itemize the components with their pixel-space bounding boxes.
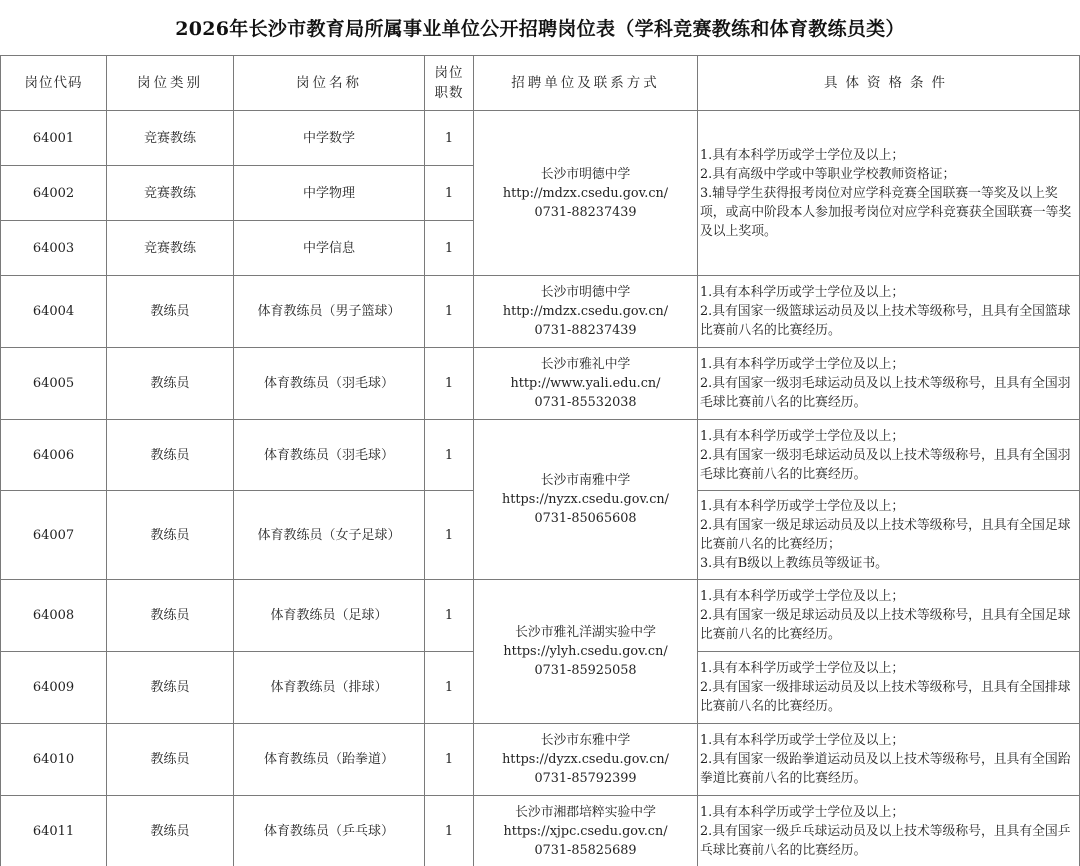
unit-url[interactable]: https://xjpc.csedu.gov.cn/: [474, 822, 697, 841]
header-count: 岗位 职数: [425, 56, 474, 111]
post-code: 64001: [1, 111, 107, 166]
post-code: 64006: [1, 420, 107, 491]
requirements: 1.具有本科学历或学士学位及以上； 2.具有国家一级排球运动员及以上技术等级称号…: [698, 652, 1080, 724]
unit-name: 长沙市东雅中学: [474, 731, 697, 750]
unit-phone: 0731-85792399: [474, 769, 697, 788]
table-header-row: 岗位代码 岗位类别 岗位名称 岗位 职数 招聘单位及联系方式 具体资格条件: [1, 56, 1080, 111]
requirement-item: 2.具有国家一级跆拳道运动员及以上技术等级称号，且具有全国跆拳道比赛前八名的比赛…: [700, 750, 1079, 788]
post-count: 1: [425, 420, 474, 491]
header-type: 岗位类别: [107, 56, 234, 111]
recruiting-unit: 长沙市南雅中学 https://nyzx.csedu.gov.cn/ 0731-…: [474, 420, 698, 580]
post-count: 1: [425, 221, 474, 276]
post-type: 教练员: [107, 652, 234, 724]
recruiting-unit: 长沙市明德中学 http://mdzx.csedu.gov.cn/ 0731-8…: [474, 276, 698, 348]
unit-name: 长沙市雅礼洋湖实验中学: [474, 623, 697, 642]
requirements: 1.具有本科学历或学士学位及以上； 2.具有国家一级乒乓球运动员及以上技术等级称…: [698, 796, 1080, 866]
post-count: 1: [425, 491, 474, 580]
requirement-item: 1.具有本科学历或学士学位及以上；: [700, 803, 1079, 822]
requirement-item: 2.具有国家一级篮球运动员及以上技术等级称号，且具有全国篮球比赛前八名的比赛经历…: [700, 302, 1079, 340]
post-type: 教练员: [107, 491, 234, 580]
post-type: 教练员: [107, 724, 234, 796]
requirement-item: 1.具有本科学历或学士学位及以上；: [700, 427, 1079, 446]
post-type: 教练员: [107, 420, 234, 491]
post-name: 体育教练员（羽毛球）: [234, 348, 425, 420]
recruiting-unit: 长沙市雅礼洋湖实验中学 https://ylyh.csedu.gov.cn/ 0…: [474, 580, 698, 724]
unit-url[interactable]: https://nyzx.csedu.gov.cn/: [474, 490, 697, 509]
table-row: 64011 教练员 体育教练员（乒乓球） 1 长沙市湘郡培粹实验中学 https…: [1, 796, 1080, 866]
requirements: 1.具有本科学历或学士学位及以上； 2.具有高级中学或中等职业学校教师资格证； …: [698, 111, 1080, 276]
requirement-item: 3.辅导学生获得报考岗位对应学科竞赛全国联赛一等奖及以上奖项，或高中阶段本人参加…: [700, 184, 1079, 241]
requirements: 1.具有本科学历或学士学位及以上； 2.具有国家一级足球运动员及以上技术等级称号…: [698, 491, 1080, 580]
unit-phone: 0731-88237439: [474, 321, 697, 340]
post-code: 64008: [1, 580, 107, 652]
recruiting-unit: 长沙市雅礼中学 http://www.yali.edu.cn/ 0731-855…: [474, 348, 698, 420]
post-name: 体育教练员（女子足球）: [234, 491, 425, 580]
unit-url[interactable]: http://www.yali.edu.cn/: [474, 374, 697, 393]
table-row: 64001 竞赛教练 中学数学 1 长沙市明德中学 http://mdzx.cs…: [1, 111, 1080, 166]
post-type: 教练员: [107, 796, 234, 866]
requirements: 1.具有本科学历或学士学位及以上； 2.具有国家一级羽毛球运动员及以上技术等级称…: [698, 348, 1080, 420]
post-type: 教练员: [107, 580, 234, 652]
post-count: 1: [425, 348, 474, 420]
post-count: 1: [425, 796, 474, 866]
requirement-item: 2.具有国家一级足球运动员及以上技术等级称号，且具有全国足球比赛前八名的比赛经历…: [700, 516, 1079, 554]
requirement-item: 1.具有本科学历或学士学位及以上；: [700, 146, 1079, 165]
requirement-item: 2.具有国家一级足球运动员及以上技术等级称号，且具有全国足球比赛前八名的比赛经历…: [700, 606, 1079, 644]
requirement-item: 1.具有本科学历或学士学位及以上；: [700, 731, 1079, 750]
post-code: 64005: [1, 348, 107, 420]
header-name: 岗位名称: [234, 56, 425, 111]
post-code: 64010: [1, 724, 107, 796]
unit-name: 长沙市湘郡培粹实验中学: [474, 803, 697, 822]
page-title: 2026年长沙市教育局所属事业单位公开招聘岗位表（学科竞赛教练和体育教练员类）: [0, 0, 1080, 55]
unit-phone: 0731-85065608: [474, 509, 697, 528]
requirement-item: 2.具有国家一级羽毛球运动员及以上技术等级称号，且具有全国羽毛球比赛前八名的比赛…: [700, 446, 1079, 484]
requirements: 1.具有本科学历或学士学位及以上； 2.具有国家一级篮球运动员及以上技术等级称号…: [698, 276, 1080, 348]
post-name: 体育教练员（足球）: [234, 580, 425, 652]
requirements: 1.具有本科学历或学士学位及以上； 2.具有国家一级足球运动员及以上技术等级称号…: [698, 580, 1080, 652]
post-name: 体育教练员（跆拳道）: [234, 724, 425, 796]
post-type: 教练员: [107, 348, 234, 420]
post-code: 64011: [1, 796, 107, 866]
post-name: 中学物理: [234, 166, 425, 221]
unit-url[interactable]: https://dyzx.csedu.gov.cn/: [474, 750, 697, 769]
unit-phone: 0731-85532038: [474, 393, 697, 412]
recruiting-unit: 长沙市东雅中学 https://dyzx.csedu.gov.cn/ 0731-…: [474, 724, 698, 796]
requirement-item: 1.具有本科学历或学士学位及以上；: [700, 355, 1079, 374]
table-row: 64006 教练员 体育教练员（羽毛球） 1 长沙市南雅中学 https://n…: [1, 420, 1080, 491]
header-count-line2: 职数: [425, 83, 473, 103]
requirement-item: 1.具有本科学历或学士学位及以上；: [700, 283, 1079, 302]
post-name: 体育教练员（男子篮球）: [234, 276, 425, 348]
table-row: 64010 教练员 体育教练员（跆拳道） 1 长沙市东雅中学 https://d…: [1, 724, 1080, 796]
unit-url[interactable]: https://ylyh.csedu.gov.cn/: [474, 642, 697, 661]
unit-name: 长沙市南雅中学: [474, 471, 697, 490]
requirement-item: 1.具有本科学历或学士学位及以上；: [700, 497, 1079, 516]
recruiting-unit: 长沙市湘郡培粹实验中学 https://xjpc.csedu.gov.cn/ 0…: [474, 796, 698, 866]
requirement-item: 2.具有国家一级排球运动员及以上技术等级称号，且具有全国排球比赛前八名的比赛经历…: [700, 678, 1079, 716]
requirement-item: 2.具有高级中学或中等职业学校教师资格证；: [700, 165, 1079, 184]
header-requirements: 具体资格条件: [698, 56, 1080, 111]
post-code: 64009: [1, 652, 107, 724]
positions-table: 岗位代码 岗位类别 岗位名称 岗位 职数 招聘单位及联系方式 具体资格条件 64…: [0, 55, 1080, 866]
table-row: 64005 教练员 体育教练员（羽毛球） 1 长沙市雅礼中学 http://ww…: [1, 348, 1080, 420]
requirements: 1.具有本科学历或学士学位及以上； 2.具有国家一级羽毛球运动员及以上技术等级称…: [698, 420, 1080, 491]
post-name: 体育教练员（羽毛球）: [234, 420, 425, 491]
post-count: 1: [425, 111, 474, 166]
post-name: 中学信息: [234, 221, 425, 276]
post-type: 教练员: [107, 276, 234, 348]
post-code: 64002: [1, 166, 107, 221]
unit-name: 长沙市明德中学: [474, 165, 697, 184]
post-name: 体育教练员（排球）: [234, 652, 425, 724]
requirements: 1.具有本科学历或学士学位及以上； 2.具有国家一级跆拳道运动员及以上技术等级称…: [698, 724, 1080, 796]
unit-url[interactable]: http://mdzx.csedu.gov.cn/: [474, 184, 697, 203]
requirement-item: 1.具有本科学历或学士学位及以上；: [700, 659, 1079, 678]
post-name: 中学数学: [234, 111, 425, 166]
post-type: 竞赛教练: [107, 221, 234, 276]
post-count: 1: [425, 580, 474, 652]
post-count: 1: [425, 166, 474, 221]
post-count: 1: [425, 276, 474, 348]
recruiting-unit: 长沙市明德中学 http://mdzx.csedu.gov.cn/ 0731-8…: [474, 111, 698, 276]
unit-name: 长沙市雅礼中学: [474, 355, 697, 374]
unit-name: 长沙市明德中学: [474, 283, 697, 302]
table-row: 64008 教练员 体育教练员（足球） 1 长沙市雅礼洋湖实验中学 https:…: [1, 580, 1080, 652]
post-type: 竞赛教练: [107, 166, 234, 221]
post-code: 64004: [1, 276, 107, 348]
post-type: 竞赛教练: [107, 111, 234, 166]
unit-phone: 0731-85825689: [474, 841, 697, 860]
post-count: 1: [425, 724, 474, 796]
post-count: 1: [425, 652, 474, 724]
post-code: 64007: [1, 491, 107, 580]
unit-url[interactable]: http://mdzx.csedu.gov.cn/: [474, 302, 697, 321]
requirement-item: 2.具有国家一级羽毛球运动员及以上技术等级称号，且具有全国羽毛球比赛前八名的比赛…: [700, 374, 1079, 412]
header-unit: 招聘单位及联系方式: [474, 56, 698, 111]
header-code: 岗位代码: [1, 56, 107, 111]
requirement-item: 2.具有国家一级乒乓球运动员及以上技术等级称号，且具有全国乒乓球比赛前八名的比赛…: [700, 822, 1079, 860]
table-row: 64004 教练员 体育教练员（男子篮球） 1 长沙市明德中学 http://m…: [1, 276, 1080, 348]
unit-phone: 0731-88237439: [474, 203, 697, 222]
requirement-item: 1.具有本科学历或学士学位及以上；: [700, 587, 1079, 606]
requirement-item: 3.具有B级以上教练员等级证书。: [700, 554, 1079, 573]
header-count-line1: 岗位: [425, 63, 473, 83]
post-code: 64003: [1, 221, 107, 276]
unit-phone: 0731-85925058: [474, 661, 697, 680]
post-name: 体育教练员（乒乓球）: [234, 796, 425, 866]
